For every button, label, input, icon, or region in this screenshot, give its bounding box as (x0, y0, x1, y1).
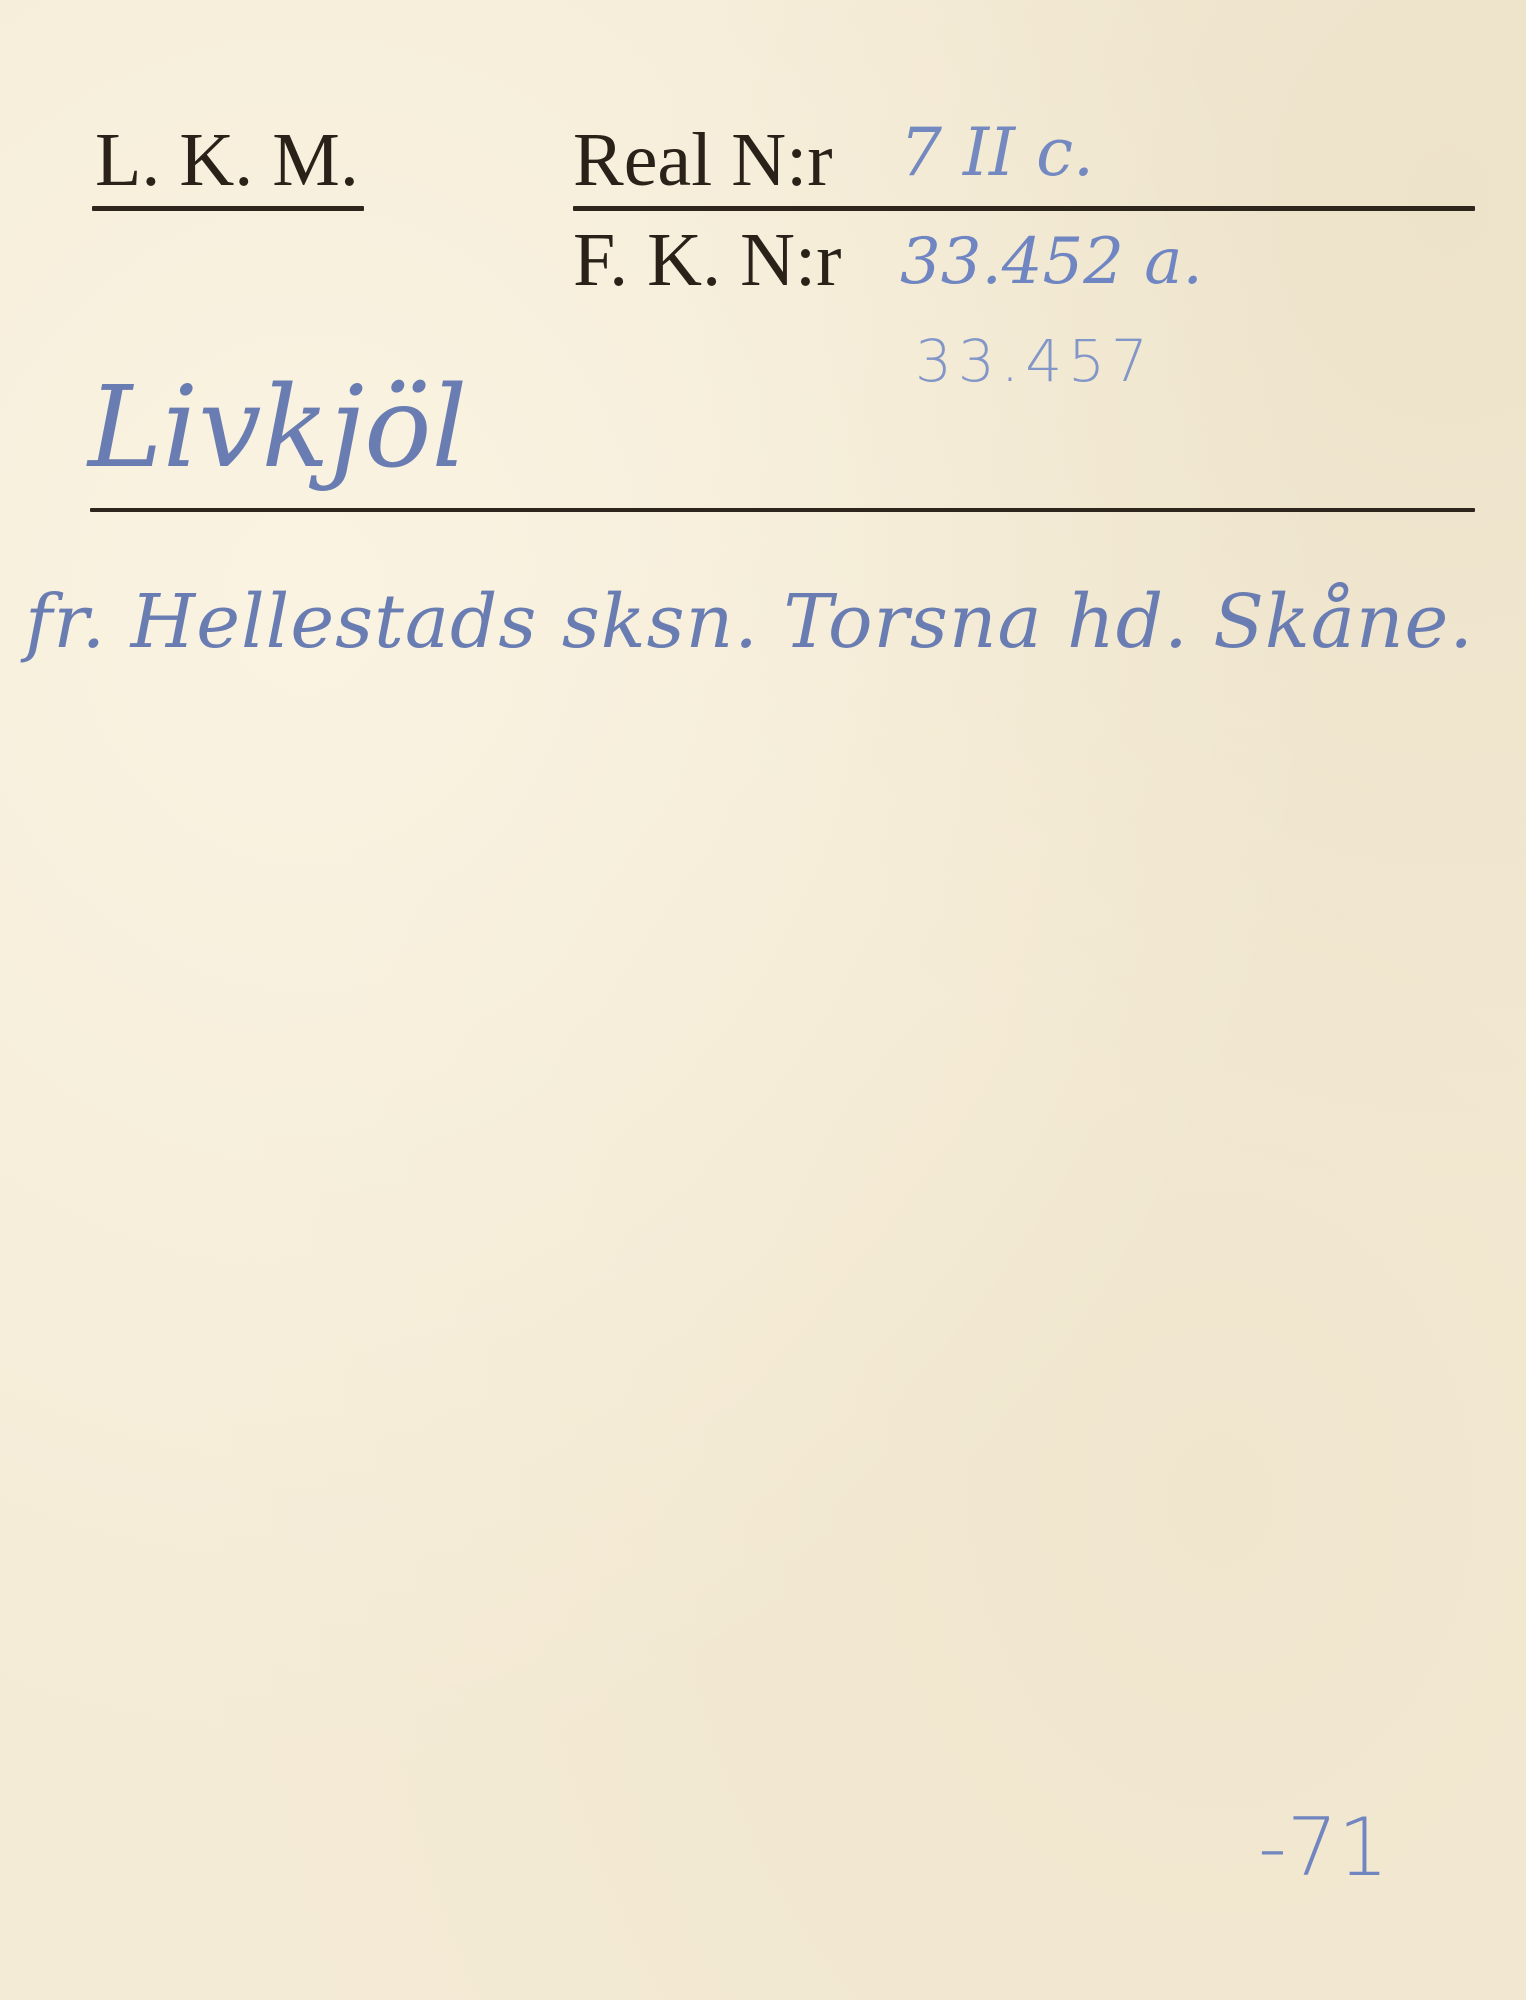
institution-underline (92, 206, 364, 211)
alt-catalog-number: 33.457 (915, 332, 1154, 390)
bottom-mark: -71 (1258, 1808, 1389, 1888)
title-underline (90, 508, 1475, 512)
index-card: L. K. M. Real N:r 7 II c. F. K. N:r 33.4… (0, 0, 1526, 2000)
fk-nr-label: F. K. N:r (573, 222, 841, 298)
institution-abbrev: L. K. M. (95, 122, 359, 198)
provenance-text: fr. Hellestads sksn. Torsna hd. Skåne. (25, 585, 1474, 659)
header-divider (573, 206, 1475, 211)
fk-nr-value: 33.452 a. (900, 230, 1203, 294)
real-nr-value: 7 II c. (900, 120, 1094, 186)
object-title: Livkjöl (88, 372, 467, 484)
real-nr-label: Real N:r (573, 122, 833, 198)
